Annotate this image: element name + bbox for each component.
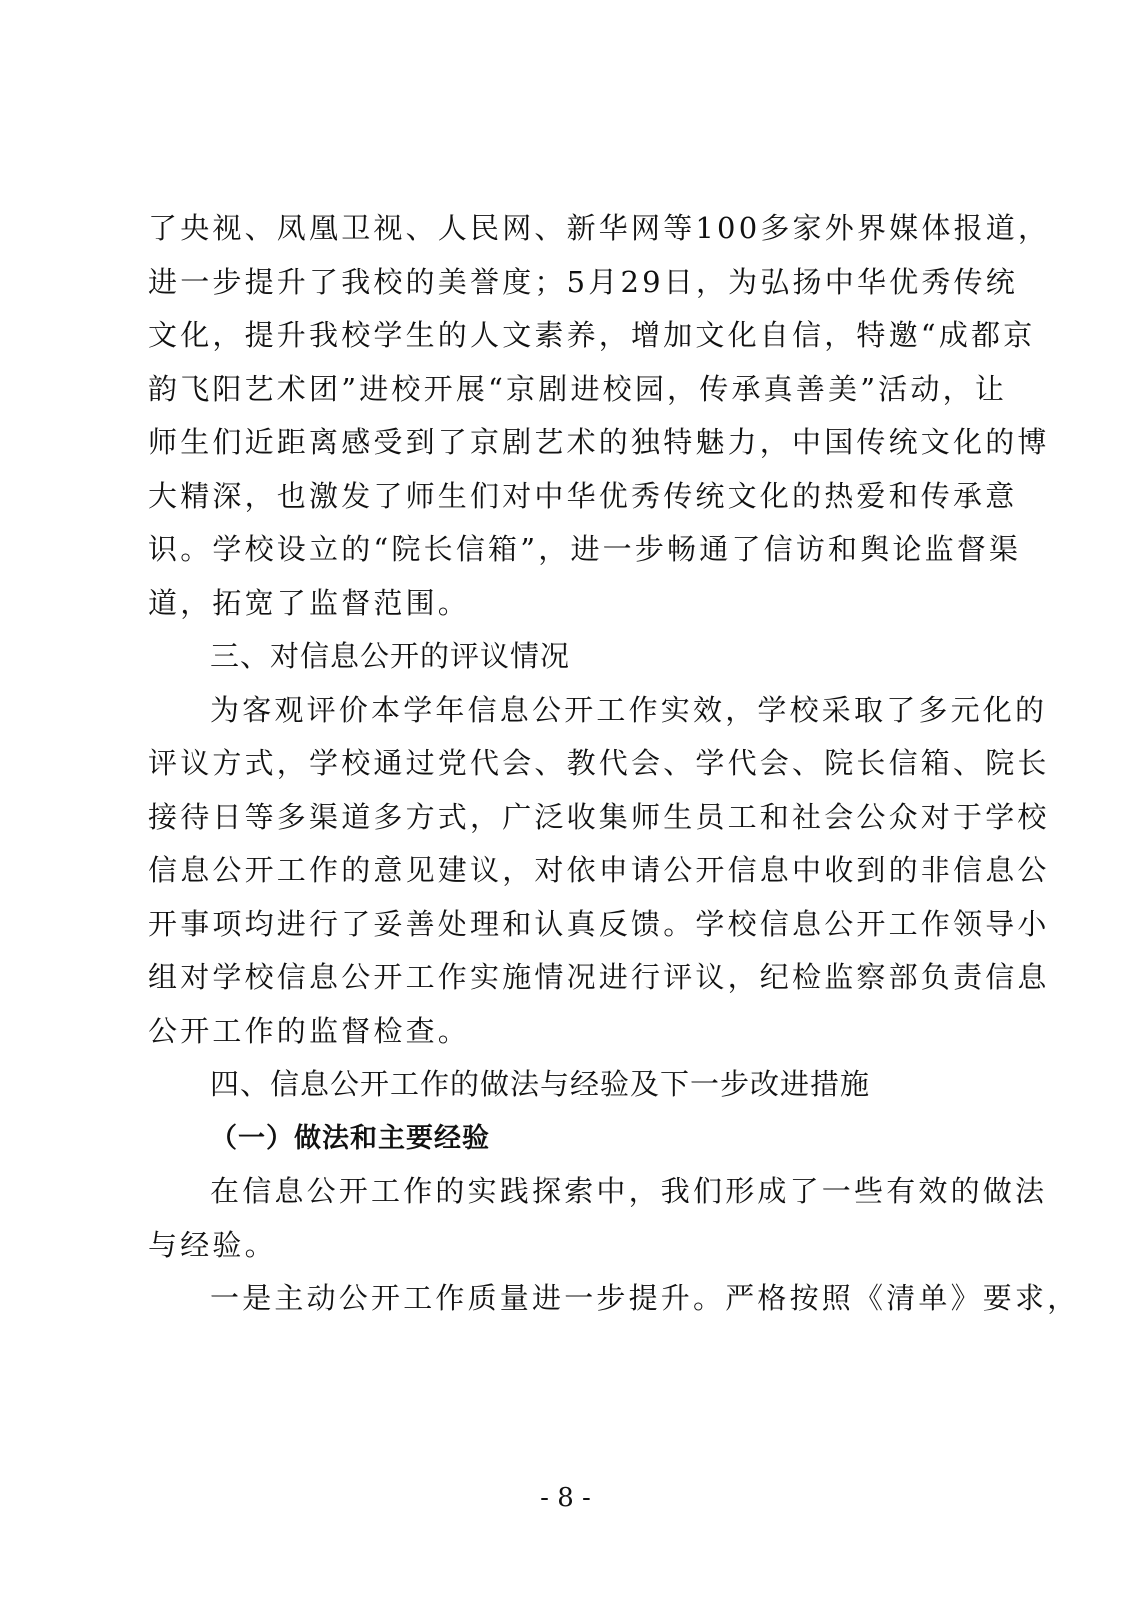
text-line: 评议方式，学校通过党代会、教代会、学代会、院长信箱、院长 (148, 737, 984, 791)
text-line: 韵飞阳艺术团”进校开展“京剧进校园，传承真善美”活动，让 (148, 363, 984, 417)
text-line: 识。学校设立的“院长信箱”，进一步畅通了信访和舆论监督渠 (148, 523, 984, 577)
paragraph-continuation: 了央视、凤凰卫视、人民网、新华网等100多家外界媒体报道， 进一步提升了我校的美… (148, 202, 984, 630)
text-line: 信息公开工作的意见建议，对依申请公开信息中收到的非信息公 (148, 844, 984, 898)
text-line: 公开工作的监督检查。 (148, 1005, 984, 1059)
text-line: 组对学校信息公开工作实施情况进行评议，纪检监察部负责信息 (148, 951, 984, 1005)
page-number: - 8 - (0, 1483, 1131, 1513)
text-line: 大精深，也激发了师生们对中华优秀传统文化的热爱和传承意 (148, 470, 984, 524)
text-line: 师生们近距离感受到了京剧艺术的独特魅力，中国传统文化的博 (148, 416, 984, 470)
section-3-paragraph: 为客观评价本学年信息公开工作实效，学校采取了多元化的 评议方式，学校通过党代会、… (148, 684, 984, 1059)
section-heading-3: 三、对信息公开的评议情况 (148, 630, 984, 684)
document-page: 了央视、凤凰卫视、人民网、新华网等100多家外界媒体报道， 进一步提升了我校的美… (148, 202, 984, 1326)
section-heading-4: 四、信息公开工作的做法与经验及下一步改进措施 (148, 1058, 984, 1112)
text-line: 文化，提升我校学生的人文素养，增加文化自信，特邀“成都京 (148, 309, 984, 363)
subsection-1-point-1: 一是主动公开工作质量进一步提升。严格按照《清单》要求， (148, 1272, 984, 1326)
text-line: 在信息公开工作的实践探索中，我们形成了一些有效的做法 (148, 1165, 984, 1219)
text-line: 为客观评价本学年信息公开工作实效，学校采取了多元化的 (148, 684, 984, 738)
text-line: 开事项均进行了妥善处理和认真反馈。学校信息公开工作领导小 (148, 898, 984, 952)
subsection-1-paragraph: 在信息公开工作的实践探索中，我们形成了一些有效的做法 与经验。 (148, 1165, 984, 1272)
subsection-heading-1: （一）做法和主要经验 (148, 1112, 984, 1166)
text-line: 与经验。 (148, 1219, 984, 1273)
text-line: 进一步提升了我校的美誉度；5月29日，为弘扬中华优秀传统 (148, 256, 984, 310)
text-line: 接待日等多渠道多方式，广泛收集师生员工和社会公众对于学校 (148, 791, 984, 845)
text-line: 一是主动公开工作质量进一步提升。严格按照《清单》要求， (148, 1272, 984, 1326)
text-line: 道，拓宽了监督范围。 (148, 577, 984, 631)
text-line: 了央视、凤凰卫视、人民网、新华网等100多家外界媒体报道， (148, 202, 984, 256)
